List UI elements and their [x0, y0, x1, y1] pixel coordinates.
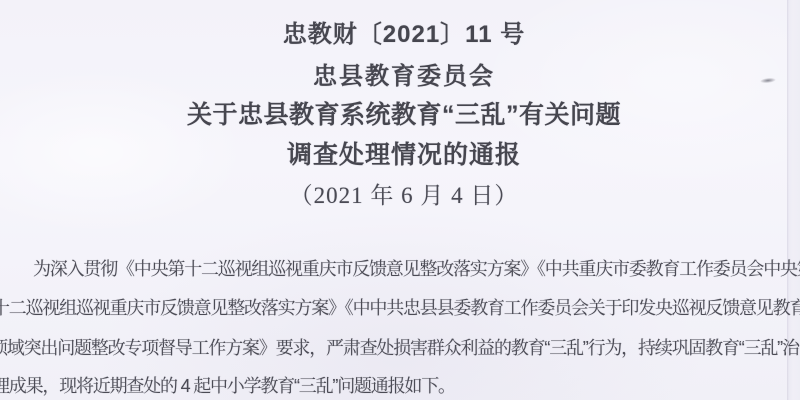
- body-text-line: 为深入贯彻《中央第十二巡视组巡视重庆市反馈意见整改落实方案》《中共重庆市委教育工…: [33, 255, 800, 281]
- document-title-line-1: 关于忠县教育系统教育“三乱”有关问题: [0, 95, 800, 131]
- body-text-line: 理成果，现将近期查处的 4 起中小学教育“三乱”问题通报如下。: [0, 372, 455, 398]
- document-date: （2021 年 6 月 4 日）: [0, 177, 800, 210]
- body-text-line: 十二巡视组巡视重庆市反馈意见整改落实方案》《中中共忠县县委教育工作委员会关于印发…: [0, 294, 800, 320]
- doc-number: 忠教财〔2021〕11 号: [0, 14, 800, 49]
- document-title-line-2: 调查处理情况的通报: [0, 135, 800, 171]
- document-scan-page: 忠教财〔2021〕11 号 忠县教育委员会 关于忠县教育系统教育“三乱”有关问题…: [0, 0, 800, 400]
- issuer-name: 忠县教育委员会: [0, 56, 800, 91]
- body-text-line: 领域突出问题整改专项督导工作方案》要求，严肃查处损害群众利益的教育“三乱”行为，…: [0, 334, 799, 360]
